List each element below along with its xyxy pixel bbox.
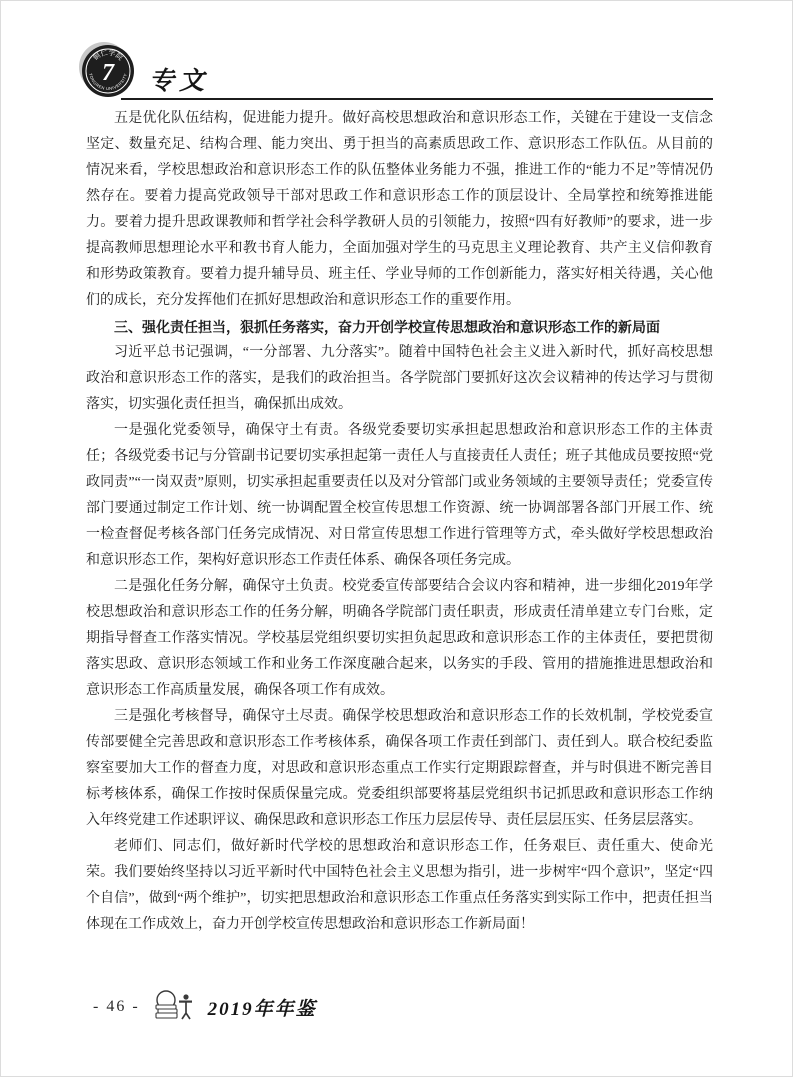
section-heading: 三、强化责任担当，狠抓任务落实，奋力开创学校宣传思想政治和意识形态工作的新局面 [86,314,713,340]
paragraph: 五是优化队伍结构，促进能力提升。做好高校思想政治和意识形态工作，关键在于建设一支… [86,106,713,314]
paragraph: 习近平总书记强调，“一分部署、九分落实”。随着中国特色社会主义进入新时代，抓好高… [86,340,713,418]
article-body: 五是优化队伍结构，促进能力提升。做好高校思想政治和意识形态工作，关键在于建设一支… [86,106,713,938]
section-label: 专文 [149,61,209,97]
page-footer: - 46 - 2019年年鉴 [93,989,317,1025]
books-magnifier-icon [152,989,196,1025]
paragraph: 二是强化任务分解，确保守土负责。校党委宣传部要结合会议内容和精神，进一步细化20… [86,574,713,704]
page-number: - 46 - [93,998,140,1016]
header-rule [121,98,713,100]
university-seal-icon: 铜仁学院 TONGREN UNIVERSITY 7 [78,41,138,101]
document-page: 铜仁学院 TONGREN UNIVERSITY 7 专文 五是优化队伍结构，促进… [0,0,793,1077]
paragraph: 老师们、同志们，做好新时代学校的思想政治和意识形态工作，任务艰巨、责任重大、使命… [86,834,713,938]
paragraph: 三是强化考核督导，确保守土尽责。确保学校思想政治和意识形态工作的长效机制，学校党… [86,704,713,834]
yearbook-label: 2019年年鉴 [208,994,317,1021]
paragraph: 一是强化党委领导，确保守土有责。各级党委要切实承担起思想政治和意识形态工作的主体… [86,418,713,574]
seal-center-glyph: 7 [102,60,115,86]
